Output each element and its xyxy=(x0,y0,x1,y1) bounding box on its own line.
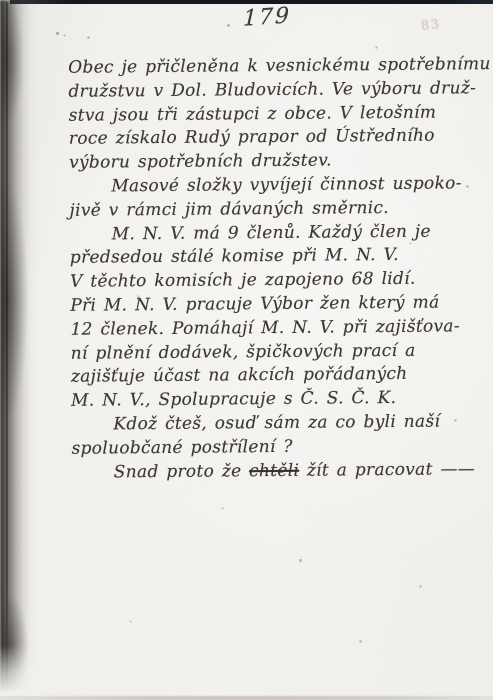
manuscript-line: Kdož čteš, osuď sám za co byli naší xyxy=(71,410,475,437)
text-segment: stva jsou tři zástupci z obce. V letošní… xyxy=(69,102,437,125)
corner-pencil-annotation: 83 xyxy=(420,17,441,34)
manuscript-line: Masové složky vyvíjejí činnost uspoko- xyxy=(69,172,473,199)
manuscript-line: M. N. V. má 9 členů. Každý člen je xyxy=(70,220,474,247)
text-segment: Masové složky vyvíjejí činnost uspoko- xyxy=(111,173,462,196)
handwritten-text-block: Obec je přičleněna k vesnickému spotřebn… xyxy=(68,53,476,485)
text-segment: V těchto komisích je zapojeno 68 lidí. xyxy=(70,269,416,292)
manuscript-line: Při M. N. V. pracuje Výbor žen který má xyxy=(70,291,474,318)
text-segment: jivě v rámci jim dávaných směrnic. xyxy=(69,198,389,221)
manuscript-line: roce získalo Rudý prapor od Ústředního xyxy=(69,125,473,152)
manuscript-line: M. N. V., Spolupracuje s Č. S. Č. K. xyxy=(71,386,475,413)
manuscript-line: jivě v rámci jim dávaných směrnic. xyxy=(69,196,473,223)
manuscript-line: stva jsou tři zástupci z obce. V letošní… xyxy=(69,101,473,128)
struck-text-segment: chtěli xyxy=(249,460,299,480)
text-segment: Snad proto že xyxy=(114,461,250,482)
text-segment: 12 členek. Pomáhají M. N. V. při zajišťo… xyxy=(70,316,460,339)
manuscript-line: Snad proto že chtěli žít a pracovat —— xyxy=(72,458,476,485)
binding-crease-line xyxy=(6,2,8,686)
manuscript-line: výboru spotřebních družstev. xyxy=(69,148,473,175)
manuscript-line: V těchto komisích je zapojeno 68 lidí. xyxy=(70,267,474,294)
manuscript-line: družstvu v Dol. Bludovicích. Ve výboru d… xyxy=(68,77,472,104)
text-segment: výboru spotřebních družstev. xyxy=(69,151,332,173)
text-segment: družstvu v Dol. Bludovicích. Ve výboru d… xyxy=(68,78,476,102)
text-segment: roce získalo Rudý prapor od Ústředního xyxy=(69,126,435,149)
scan-bottom-edge xyxy=(0,696,493,700)
manuscript-line: ní plnění dodávek, špičkových prací a xyxy=(71,339,475,366)
text-segment: Kdož čteš, osuď sám za co byli naší xyxy=(113,411,440,434)
text-segment: Obec je přičleněna k vesnickému spotřebn… xyxy=(68,54,491,78)
manuscript-line: Obec je přičleněna k vesnickému spotřebn… xyxy=(68,53,472,80)
manuscript-line: zajišťuje účast na akcích pořádaných xyxy=(71,363,475,390)
text-segment: žít a pracovat —— xyxy=(299,459,475,481)
text-segment: M. N. V., Spolupracuje s Č. S. Č. K. xyxy=(71,388,396,411)
text-segment: předsedou stálé komise při M. N. V. xyxy=(70,245,399,268)
text-segment: zajišťuje účast na akcích pořádaných xyxy=(71,364,408,387)
page-number: 179 xyxy=(243,3,292,31)
dust-speckles xyxy=(0,0,1,1)
manuscript-line: spoluobčané postřílení ? xyxy=(71,434,475,461)
text-segment: ní plnění dodávek, špičkových prací a xyxy=(71,340,416,363)
text-segment: M. N. V. má 9 členů. Každý člen je xyxy=(112,221,431,244)
text-segment: Při M. N. V. pracuje Výbor žen který má xyxy=(70,293,439,316)
scanned-manuscript-page: 179 83 Obec je přičleněna k vesnickému s… xyxy=(0,0,493,700)
manuscript-line: předsedou stálé komise při M. N. V. xyxy=(70,244,474,271)
manuscript-line: 12 členek. Pomáhají M. N. V. při zajišťo… xyxy=(70,315,474,342)
scan-top-edge xyxy=(10,0,493,4)
text-segment: spoluobčané postřílení ? xyxy=(71,437,292,459)
